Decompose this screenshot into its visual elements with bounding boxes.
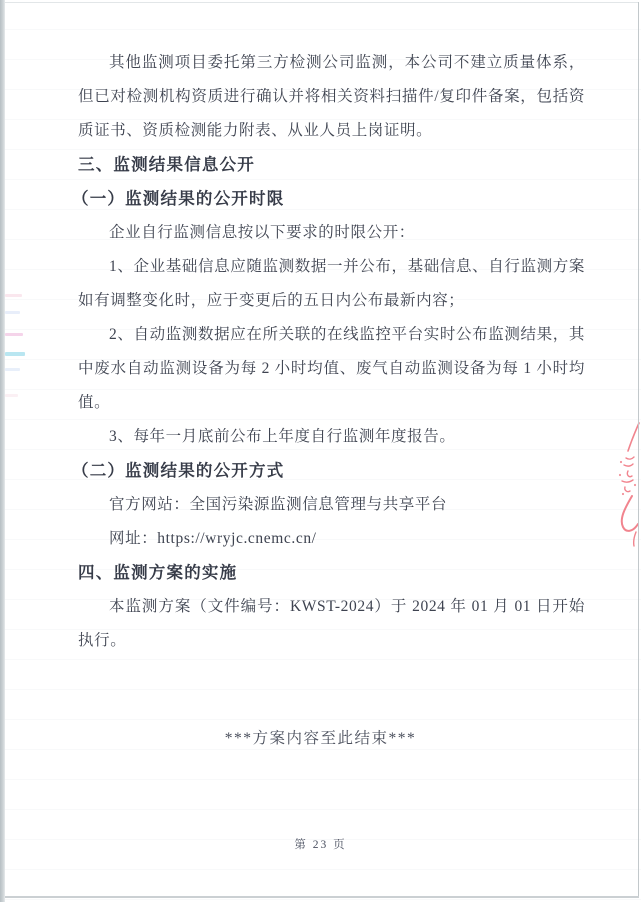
subsection-heading-disclosure-time-limit: （一）监测结果的公开时限	[72, 182, 585, 216]
red-ink-annotation	[614, 420, 640, 550]
paragraph-implementation-date: 本监测方案（文件编号：KWST-2024）于 2024 年 01 月 01 日开…	[78, 590, 585, 658]
paragraph-website-url: 网址：https://wryjc.cnemc.cn/	[78, 522, 585, 556]
paragraph-item-2-auto-monitoring: 2、自动监测数据应在所关联的在线监控平台实时公布监测结果，其中废水自动监测设备为…	[78, 318, 585, 420]
scan-artifact	[5, 394, 18, 397]
page-edge-bottom	[5, 896, 639, 898]
scanned-document-page: 其他监测项目委托第三方检测公司监测，本公司不建立质量体系，但已对检测机构资质进行…	[0, 0, 641, 902]
page-edge-left	[0, 0, 5, 902]
paragraph-item-3-annual-report: 3、每年一月底前公布上年度自行监测年度报告。	[78, 420, 585, 454]
section-heading-4-plan-implementation: 四、监测方案的实施	[78, 556, 585, 590]
page-edge-right	[638, 2, 639, 897]
document-body: 其他监测项目委托第三方检测公司监测，本公司不建立质量体系，但已对检测机构资质进行…	[78, 46, 585, 658]
paragraph-disclosure-intro: 企业自行监测信息按以下要求的时限公开：	[78, 216, 585, 250]
paragraph-item-1-basic-info: 1、企业基础信息应随监测数据一并公布，基础信息、自行监测方案如有调整变化时，应于…	[78, 250, 585, 318]
scan-artifact	[5, 352, 25, 356]
subsection-heading-disclosure-method: （二）监测结果的公开方式	[72, 454, 585, 488]
page-number-footer: 第 23 页	[0, 836, 641, 852]
paragraph-official-website: 官方网站：全国污染源监测信息管理与共享平台	[78, 488, 585, 522]
scan-artifact	[5, 368, 20, 371]
paragraph-third-party-monitoring: 其他监测项目委托第三方检测公司监测，本公司不建立质量体系，但已对检测机构资质进行…	[78, 46, 585, 148]
plan-end-marker: ***方案内容至此结束***	[0, 726, 641, 748]
scan-artifact	[5, 311, 20, 314]
section-heading-3-info-disclosure: 三、监测结果信息公开	[78, 148, 585, 182]
scan-artifact	[5, 333, 23, 336]
scan-artifact	[5, 294, 22, 297]
page-edge-top	[5, 2, 639, 3]
